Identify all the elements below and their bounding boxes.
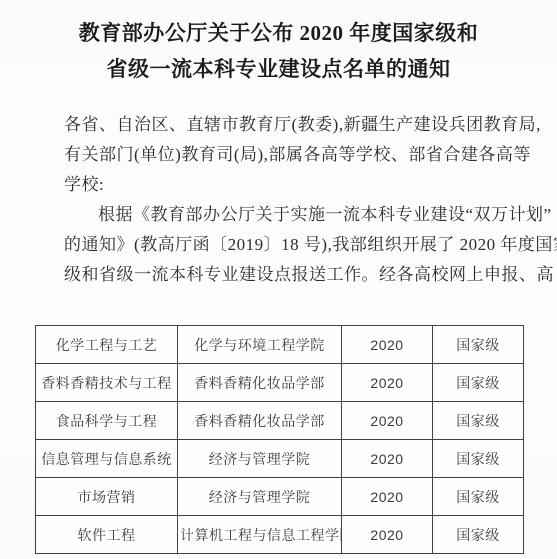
cell-year: 2020: [342, 516, 433, 554]
paragraph-line: 学校:: [64, 170, 508, 200]
paragraph-line: 各省、自治区、直辖市教育厅(教委),新疆生产建设兵团教育局,: [64, 110, 508, 140]
table-row: 软件工程 计算机工程与信息工程学院 2020 国家级: [36, 516, 524, 554]
title-line-2: 省级一流本科专业建设点名单的通知: [0, 51, 557, 87]
cell-department: 香料香精化妆品学部: [178, 364, 342, 402]
cell-department: 经济与管理学院: [178, 478, 342, 516]
cell-level: 国家级: [433, 402, 524, 440]
cell-year: 2020: [342, 402, 433, 440]
cell-level: 国家级: [433, 326, 524, 364]
cell-major: 食品科学与工程: [36, 402, 178, 440]
paragraph-line: 的通知》(教高厅函〔2019〕18 号),我部组织开展了 2020 年度国家: [64, 230, 508, 260]
table-row: 化学工程与工艺 化学与环境工程学院 2020 国家级: [36, 326, 524, 364]
cell-year: 2020: [342, 478, 433, 516]
paragraph-line: 根据《教育部办公厅关于实施一流本科专业建设“双万计划”: [64, 200, 508, 230]
majors-table: 化学工程与工艺 化学与环境工程学院 2020 国家级 香料香精技术与工程 香料香…: [35, 325, 524, 554]
cell-level: 国家级: [433, 516, 524, 554]
cell-department: 计算机工程与信息工程学院: [178, 516, 342, 554]
cell-department: 经济与管理学院: [178, 440, 342, 478]
table-row: 食品科学与工程 香料香精化妆品学部 2020 国家级: [36, 402, 524, 440]
document-body: 各省、自治区、直辖市教育厅(教委),新疆生产建设兵团教育局, 有关部门(单位)教…: [64, 110, 508, 290]
cell-major: 市场营销: [36, 478, 178, 516]
cell-year: 2020: [342, 440, 433, 478]
document-page: 教育部办公厅关于公布 2020 年度国家级和 省级一流本科专业建设点名单的通知 …: [0, 0, 557, 559]
cell-major: 化学工程与工艺: [36, 326, 178, 364]
table-row: 香料香精技术与工程 香料香精化妆品学部 2020 国家级: [36, 364, 524, 402]
title-line-1: 教育部办公厅关于公布 2020 年度国家级和: [0, 15, 557, 51]
paragraph-line: 级和省级一流本科专业建设点报送工作。经各高校网上申报、高: [64, 260, 508, 290]
cell-department: 化学与环境工程学院: [178, 326, 342, 364]
cell-level: 国家级: [433, 478, 524, 516]
cell-level: 国家级: [433, 440, 524, 478]
document-title: 教育部办公厅关于公布 2020 年度国家级和 省级一流本科专业建设点名单的通知: [0, 0, 557, 87]
cell-year: 2020: [342, 326, 433, 364]
cell-department: 香料香精化妆品学部: [178, 402, 342, 440]
notice-paragraph: 根据《教育部办公厅关于实施一流本科专业建设“双万计划” 的通知》(教高厅函〔20…: [64, 200, 508, 290]
table-row: 信息管理与信息系统 经济与管理学院 2020 国家级: [36, 440, 524, 478]
majors-table-container: 化学工程与工艺 化学与环境工程学院 2020 国家级 香料香精技术与工程 香料香…: [35, 325, 524, 554]
recipients-paragraph: 各省、自治区、直辖市教育厅(教委),新疆生产建设兵团教育局, 有关部门(单位)教…: [64, 110, 508, 200]
cell-major: 软件工程: [36, 516, 178, 554]
cell-year: 2020: [342, 364, 433, 402]
table-row: 市场营销 经济与管理学院 2020 国家级: [36, 478, 524, 516]
cell-major: 香料香精技术与工程: [36, 364, 178, 402]
cell-major: 信息管理与信息系统: [36, 440, 178, 478]
paragraph-line: 有关部门(单位)教育司(局),部属各高等学校、部省合建各高等: [64, 140, 508, 170]
cell-level: 国家级: [433, 364, 524, 402]
